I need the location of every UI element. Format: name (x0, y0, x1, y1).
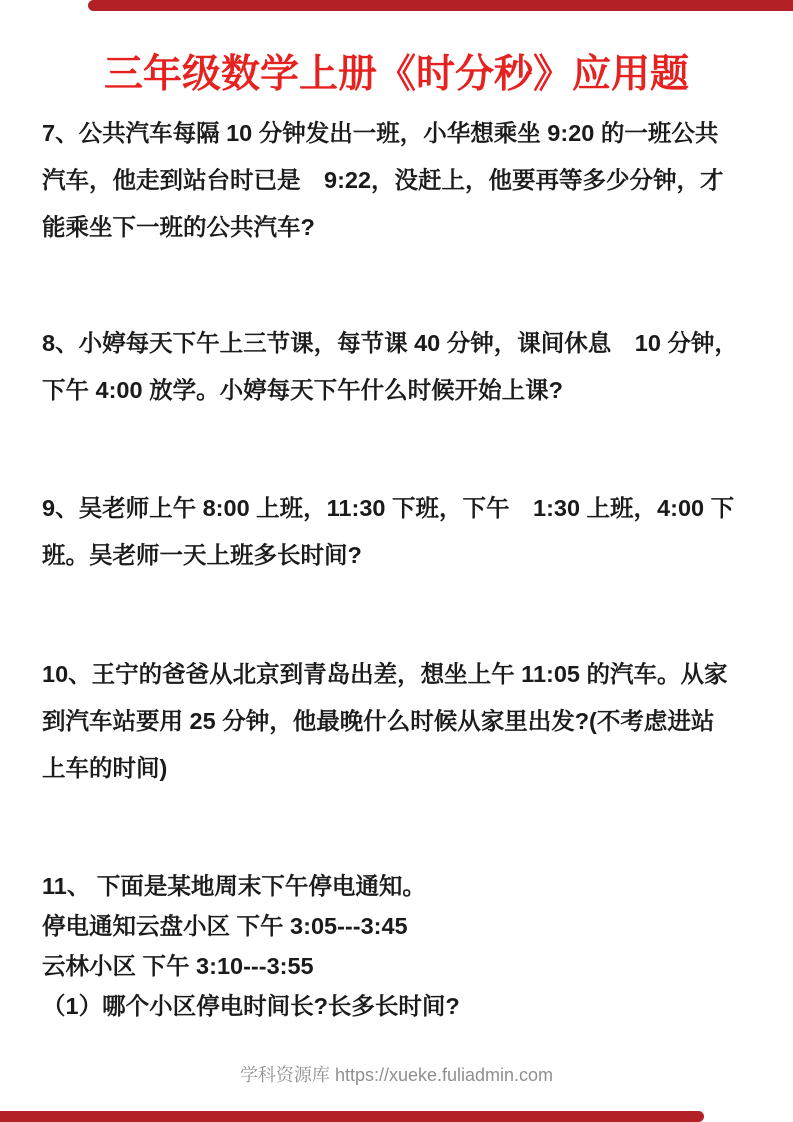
problem-8: 8、小婷每天下午上三节课，每节课 40 分钟，课间休息 10 分钟， 下午 4:… (42, 320, 764, 414)
page-title: 三年级数学上册《时分秒》应用题 (0, 50, 793, 100)
problem-line: 下午 4:00 放学。小婷每天下午什么时候开始上课? (42, 367, 764, 414)
problem-line: 10、王宁的爸爸从北京到青岛出差，想坐上午 11:05 的汽车。从家 (42, 651, 764, 698)
problem-line: 汽车，他走到站台时已是 9:22，没赶上，他要再等多少分钟，才 (42, 157, 764, 204)
problem-line: （1）哪个小区停电时间长?长多长时间? (42, 986, 764, 1026)
problem-line: 能乘坐下一班的公共汽车? (42, 204, 764, 251)
problem-line: 到汽车站要用 25 分钟，他最晚什么时候从家里出发?(不考虑进站 (42, 698, 764, 745)
problem-line: 7、公共汽车每隔 10 分钟发出一班，小华想乘坐 9:20 的一班公共 (42, 110, 764, 157)
problem-11: 11、 下面是某地周末下午停电通知。 停电通知云盘小区 下午 3:05---3:… (42, 866, 764, 1026)
problem-line: 9、吴老师上午 8:00 上班，11:30 下班，下午 1:30 上班，4:00… (42, 485, 764, 532)
problem-line: 班。吴老师一天上班多长时间? (42, 532, 764, 579)
problem-line: 8、小婷每天下午上三节课，每节课 40 分钟，课间休息 10 分钟， (42, 320, 764, 367)
problem-line: 上车的时间) (42, 745, 764, 792)
problem-9: 9、吴老师上午 8:00 上班，11:30 下班，下午 1:30 上班，4:00… (42, 485, 764, 579)
problem-line: 云林小区 下午 3:10---3:55 (42, 946, 764, 986)
site-credit: 学科资源库 https://xueke.fuliadmin.com (0, 1061, 793, 1089)
bottom-accent-bar (0, 1111, 704, 1122)
problem-line: 11、 下面是某地周末下午停电通知。 (42, 866, 764, 906)
worksheet-page: 三年级数学上册《时分秒》应用题 7、公共汽车每隔 10 分钟发出一班，小华想乘坐… (0, 0, 793, 1122)
top-accent-bar (88, 0, 793, 11)
problem-10: 10、王宁的爸爸从北京到青岛出差，想坐上午 11:05 的汽车。从家 到汽车站要… (42, 651, 764, 792)
problem-7: 7、公共汽车每隔 10 分钟发出一班，小华想乘坐 9:20 的一班公共 汽车，他… (42, 110, 764, 251)
problem-line: 停电通知云盘小区 下午 3:05---3:45 (42, 906, 764, 946)
